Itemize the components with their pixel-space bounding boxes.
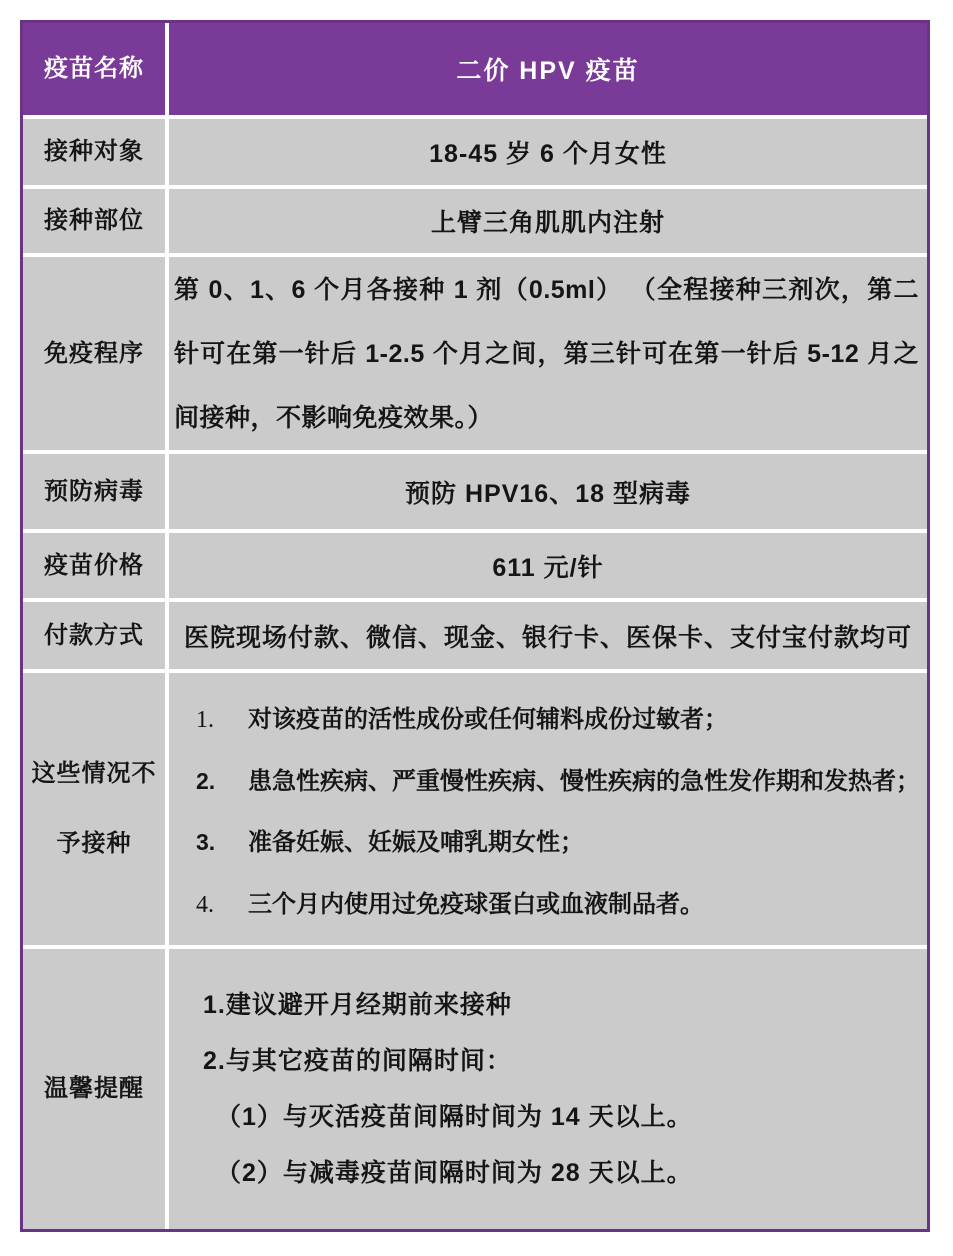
table-row-immunization-schedule: 免疫程序第 0、1、6 个月各接种 1 剂（0.5ml） （全程接种三剂次，第二… [23,257,927,450]
vaccine-name-label: 疫苗名称 [23,23,165,115]
target-group-line: 18-45 岁 6 个月女性 [429,134,667,170]
vaccine-price-value: 611 元/针 [169,533,927,598]
contraindications-item-text: 患急性疾病、严重慢性疾病、慢性疾病的急性发作期和发热者； [248,761,920,796]
contraindications-item-number: 3. [196,829,248,856]
table-row-vaccine-name: 疫苗名称二价 HPV 疫苗 [23,23,927,115]
vaccine-price-label: 疫苗价格 [23,533,165,598]
virus-prevention-label-line: 预防病毒 [44,457,144,527]
payment-methods-line: 医院现场付款、微信、现金、银行卡、医保卡、支付宝付款均可 [184,618,912,654]
payment-methods-label: 付款方式 [23,602,165,669]
table-row-injection-site: 接种部位上臂三角肌肌内注射 [23,189,927,253]
warm-reminders-line: （1）与灭活疫苗间隔时间为 14 天以上。 [203,1089,927,1145]
table-row-vaccine-price: 疫苗价格611 元/针 [23,533,927,598]
table-row-payment-methods: 付款方式医院现场付款、微信、现金、银行卡、医保卡、支付宝付款均可 [23,602,927,669]
target-group-label: 接种对象 [23,119,165,185]
injection-site-label: 接种部位 [23,189,165,253]
contraindications-item: 3.准备妊娠、妊娠及哺乳期女性； [196,822,927,857]
contraindications-label-line: 予接种 [57,809,132,879]
contraindications-item-text: 三个月内使用过免疫球蛋白或血液制品者。 [248,884,704,919]
contraindications-item: 4.三个月内使用过免疫球蛋白或血液制品者。 [196,884,927,919]
warm-reminders-label: 温馨提醒 [23,949,165,1229]
warm-reminders-line: 2.与其它疫苗的间隔时间： [203,1033,927,1089]
contraindications-value: 1.对该疫苗的活性成份或任何辅料成份过敏者；2.患急性疾病、严重慢性疾病、慢性疾… [169,673,927,945]
contraindications-item-text: 对该疫苗的活性成份或任何辅料成份过敏者； [248,699,728,734]
target-group-value: 18-45 岁 6 个月女性 [169,119,927,185]
vaccine-price-label-line: 疫苗价格 [44,531,144,601]
contraindications-label-line: 这些情况不 [32,739,157,809]
virus-prevention-value: 预防 HPV16、18 型病毒 [169,454,927,529]
vaccine-name-line: 二价 HPV 疫苗 [456,51,639,87]
warm-reminders-value: 1.建议避开月经期前来接种2.与其它疫苗的间隔时间：（1）与灭活疫苗间隔时间为 … [169,949,927,1229]
contraindications-item-number: 2. [196,768,248,795]
target-group-label-line: 接种对象 [44,117,144,187]
injection-site-label-line: 接种部位 [44,186,144,256]
table-row-warm-reminders: 温馨提醒1.建议避开月经期前来接种2.与其它疫苗的间隔时间：（1）与灭活疫苗间隔… [23,949,927,1229]
injection-site-line: 上臂三角肌肌内注射 [431,203,665,239]
payment-methods-value: 医院现场付款、微信、现金、银行卡、医保卡、支付宝付款均可 [169,602,927,669]
contraindications-item-number: 4. [196,892,248,919]
contraindications-item: 1.对该疫苗的活性成份或任何辅料成份过敏者； [196,699,927,734]
vaccine-price-line: 611 元/针 [492,548,603,584]
warm-reminders-line: （2）与减毒疫苗间隔时间为 28 天以上。 [203,1145,927,1201]
contraindications-item-text: 准备妊娠、妊娠及哺乳期女性； [248,822,584,857]
immunization-schedule-value: 第 0、1、6 个月各接种 1 剂（0.5ml） （全程接种三剂次，第二针可在第… [169,257,927,450]
virus-prevention-line: 预防 HPV16、18 型病毒 [405,474,691,510]
contraindications-item: 2.患急性疾病、严重慢性疾病、慢性疾病的急性发作期和发热者； [196,761,927,796]
table-row-contraindications: 这些情况不予接种1.对该疫苗的活性成份或任何辅料成份过敏者；2.患急性疾病、严重… [23,673,927,945]
contraindications-label: 这些情况不予接种 [23,673,165,945]
immunization-schedule-label-line: 免疫程序 [44,319,144,389]
vaccine-info-table: 疫苗名称二价 HPV 疫苗接种对象18-45 岁 6 个月女性接种部位上臂三角肌… [20,20,930,1232]
table-row-target-group: 接种对象18-45 岁 6 个月女性 [23,119,927,185]
virus-prevention-label: 预防病毒 [23,454,165,529]
injection-site-value: 上臂三角肌肌内注射 [169,189,927,253]
warm-reminders-label-line: 温馨提醒 [44,1054,144,1124]
warm-reminders-line: 1.建议避开月经期前来接种 [203,977,927,1033]
contraindications-item-number: 1. [196,707,248,734]
payment-methods-label-line: 付款方式 [44,601,144,671]
vaccine-name-value: 二价 HPV 疫苗 [169,23,927,115]
table-row-virus-prevention: 预防病毒预防 HPV16、18 型病毒 [23,454,927,529]
immunization-schedule-line: 第 0、1、6 个月各接种 1 剂（0.5ml） （全程接种三剂次，第二针可在第… [174,258,919,450]
immunization-schedule-label: 免疫程序 [23,257,165,450]
vaccine-name-label-line: 疫苗名称 [44,34,144,104]
